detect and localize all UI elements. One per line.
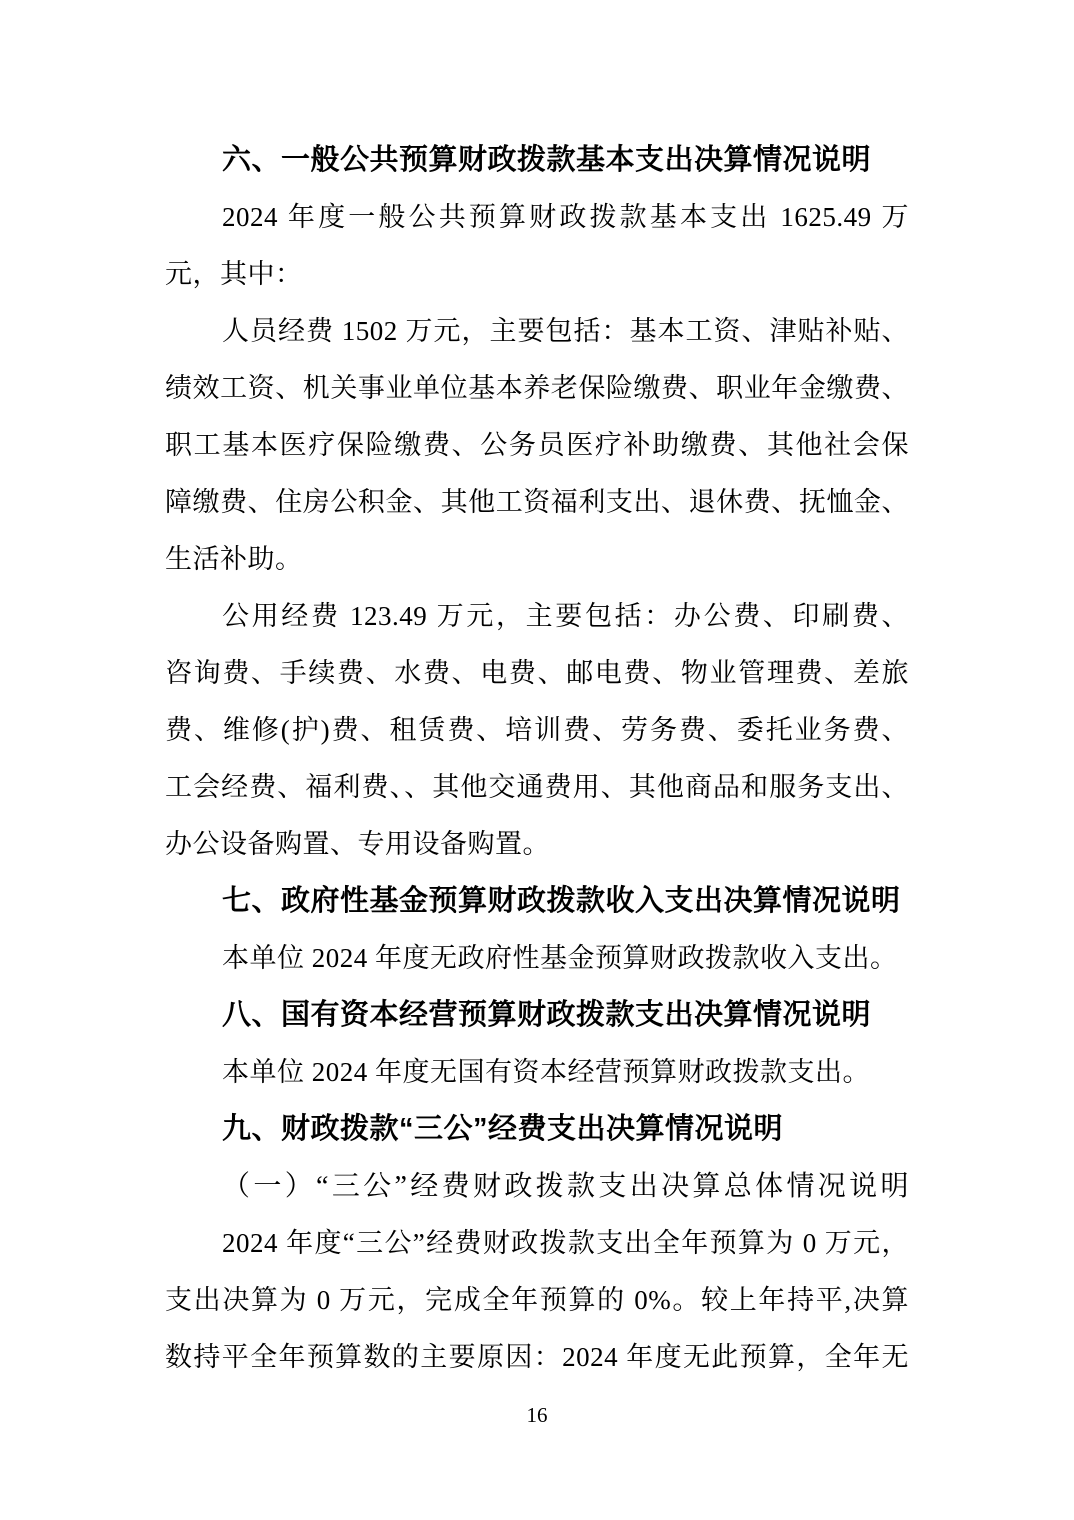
heading: 六、一般公共预算财政拨款基本支出决算情况说明	[165, 132, 909, 189]
paragraph: 公用经费 123.49 万元，主要包括：办公费、印刷费、咨询费、手续费、水费、电…	[165, 588, 909, 873]
heading: 八、国有资本经营预算财政拨款支出决算情况说明	[165, 987, 909, 1044]
subheading: （一）“三公”经费财政拨款支出决算总体情况说明	[165, 1158, 909, 1215]
paragraph: 人员经费 1502 万元，主要包括：基本工资、津贴补贴、绩效工资、机关事业单位基…	[165, 303, 909, 588]
paragraph: 本单位 2024 年度无政府性基金预算财政拨款收入支出。	[165, 930, 909, 987]
text-line: 生活补助。	[165, 531, 909, 588]
text-line: 公用经费 123.49 万元，主要包括：办公费、印刷费、	[165, 588, 909, 645]
text-line: 2024 年度“三公”经费财政拨款支出全年预算为 0 万元，	[165, 1215, 909, 1272]
text-line: 九、财政拨款“三公”经费支出决算情况说明	[165, 1101, 909, 1158]
text-line: 六、一般公共预算财政拨款基本支出决算情况说明	[165, 132, 909, 189]
text-line: 绩效工资、机关事业单位基本养老保险缴费、职业年金缴费、	[165, 360, 909, 417]
text-line: 支出决算为 0 万元，完成全年预算的 0%。较上年持平,决算	[165, 1272, 909, 1329]
document-page: 六、一般公共预算财政拨款基本支出决算情况说明2024 年度一般公共预算财政拨款基…	[0, 0, 1074, 1520]
paragraph: 本单位 2024 年度无国有资本经营预算财政拨款支出。	[165, 1044, 909, 1101]
text-line: 费、维修(护)费、租赁费、培训费、劳务费、委托业务费、	[165, 702, 909, 759]
text-line: 工会经费、福利费、、其他交通费用、其他商品和服务支出、	[165, 759, 909, 816]
heading: 九、财政拨款“三公”经费支出决算情况说明	[165, 1101, 909, 1158]
text-line: 元，其中：	[165, 246, 909, 303]
text-line: 七、政府性基金预算财政拨款收入支出决算情况说明	[165, 873, 909, 930]
document-body: 六、一般公共预算财政拨款基本支出决算情况说明2024 年度一般公共预算财政拨款基…	[165, 132, 909, 1386]
paragraph: 2024 年度“三公”经费财政拨款支出全年预算为 0 万元，支出决算为 0 万元…	[165, 1215, 909, 1386]
text-line: 本单位 2024 年度无政府性基金预算财政拨款收入支出。	[165, 930, 909, 987]
text-line: （一）“三公”经费财政拨款支出决算总体情况说明	[165, 1158, 909, 1215]
text-line: 数持平全年预算数的主要原因：2024 年度无此预算，全年无	[165, 1329, 909, 1386]
text-line: 职工基本医疗保险缴费、公务员医疗补助缴费、其他社会保	[165, 417, 909, 474]
text-line: 咨询费、手续费、水费、电费、邮电费、物业管理费、差旅	[165, 645, 909, 702]
heading: 七、政府性基金预算财政拨款收入支出决算情况说明	[165, 873, 909, 930]
text-line: 八、国有资本经营预算财政拨款支出决算情况说明	[165, 987, 909, 1044]
text-line: 障缴费、住房公积金、其他工资福利支出、退休费、抚恤金、	[165, 474, 909, 531]
text-line: 人员经费 1502 万元，主要包括：基本工资、津贴补贴、	[165, 303, 909, 360]
text-line: 2024 年度一般公共预算财政拨款基本支出 1625.49 万	[165, 189, 909, 246]
text-line: 本单位 2024 年度无国有资本经营预算财政拨款支出。	[165, 1044, 909, 1101]
page-number: 16	[0, 1400, 1074, 1430]
paragraph: 2024 年度一般公共预算财政拨款基本支出 1625.49 万元，其中：	[165, 189, 909, 303]
text-line: 办公设备购置、专用设备购置。	[165, 816, 909, 873]
